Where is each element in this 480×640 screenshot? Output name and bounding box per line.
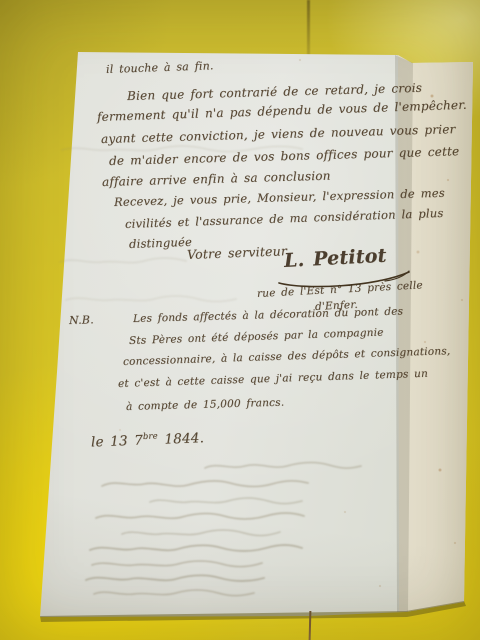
- closing-line: distinguée: [129, 235, 192, 251]
- nota-bene-label: N.B.: [69, 313, 94, 327]
- background-fold-crease: [307, 0, 310, 56]
- month-superscript: bre: [143, 430, 158, 441]
- photo-of-handwritten-letter: il touche à sa fin. Bien que fort contra…: [0, 0, 480, 640]
